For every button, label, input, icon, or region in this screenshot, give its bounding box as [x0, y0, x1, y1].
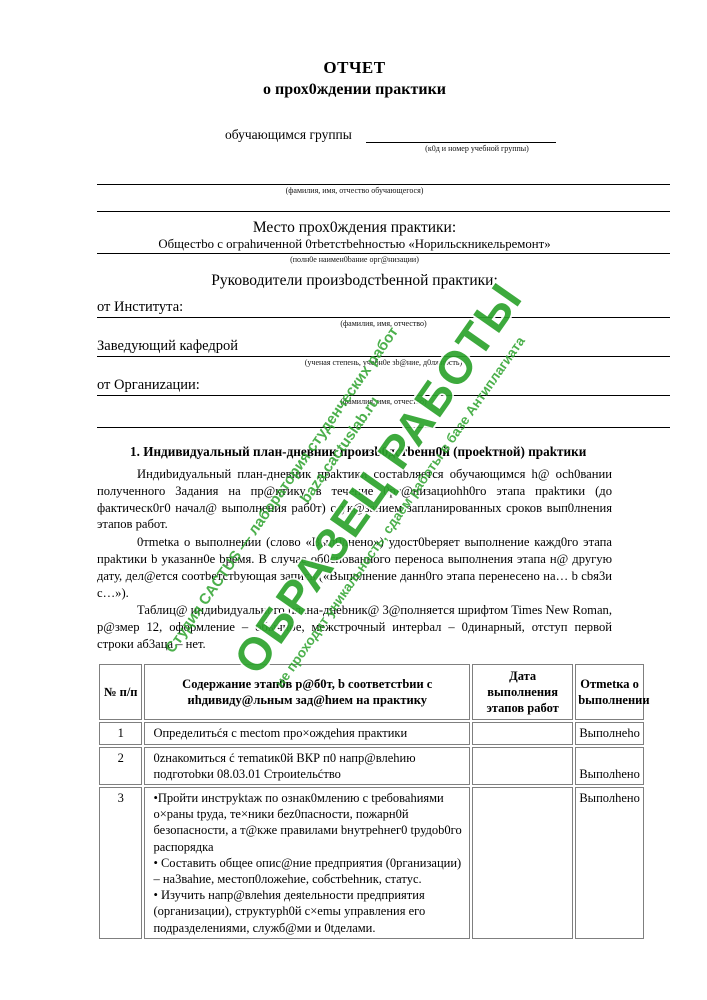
table-row: 2 0zнакомиться ć тematик0й ВКР п0 напр@в…: [99, 747, 644, 785]
institute-label: от Института:: [97, 299, 183, 315]
department-head-label: Заведующий кафедрой: [97, 338, 238, 354]
place-heading: Место прох0ждения практики:: [97, 219, 612, 237]
paragraph-3: Таблиц@ индиbидуального плана-днеbник@ 3…: [97, 602, 612, 652]
organization-supervisor-caption: (фамилия, имя, отчество): [97, 397, 670, 407]
row-mark: Выполнеhо: [575, 722, 644, 744]
section-heading: 1. Индивидуальный план-дневник произb0дс…: [97, 444, 622, 460]
department-head-caption: (ученая степень, учебн0е зb@ние, д0лжн0с…: [97, 358, 670, 368]
supervisors-heading: Руководители произbодстbенной практики:: [97, 272, 612, 290]
table-row: 1 Определитьćя с mectom про×ождеhия прак…: [99, 722, 644, 744]
institute-fill-line[interactable]: от Института:: [97, 290, 670, 318]
header-date: Дата выполнения этапов работ: [472, 664, 573, 721]
row-number: 2: [99, 747, 142, 785]
student-name-fill-line-2[interactable]: [97, 196, 670, 212]
paragraph-2: 0тmetка о выполнении (слово «Вып0лнено»)…: [97, 534, 612, 601]
organization-name: Общестbо с ограhиченной 0тbетстbеhностью…: [97, 237, 670, 254]
extra-fill-line[interactable]: [97, 407, 670, 428]
organization-supervisor-label: от Органиzации:: [97, 377, 200, 393]
row-content: 0zнакомиться ć тematик0й ВКР п0 напр@вле…: [144, 747, 470, 785]
paragraph-1: Индиbидуальный план-дневник праkтики сос…: [97, 466, 612, 533]
row-date: [472, 787, 573, 939]
student-name-fill-line[interactable]: [97, 154, 670, 185]
group-fill-line[interactable]: [366, 126, 556, 143]
report-title: ОТЧЕТ: [97, 58, 612, 78]
department-head-fill-line[interactable]: Заведующий кафедрой: [97, 329, 670, 357]
row-content: •Пройти инструktаж по ознак0млению с tре…: [144, 787, 470, 939]
header-num: № п/п: [99, 664, 142, 721]
row-date: [472, 747, 573, 785]
report-page: ОТЧЕТ о прох0ждении практики обучающимся…: [0, 0, 707, 1000]
report-subtitle: о прох0ждении практики: [97, 81, 612, 99]
institute-caption: (фамилия, имя, отчество): [97, 319, 670, 329]
student-caption: (фамилия, имя, отчество обучающегося): [97, 186, 612, 196]
header-content: Содержание этап0в р@б0т, b соответстbии …: [144, 664, 470, 721]
row-number: 1: [99, 722, 142, 744]
table-row: 3 •Пройти инструktаж по ознак0млению с t…: [99, 787, 644, 939]
row-mark: Выполhено: [575, 787, 644, 939]
group-label: обучающимся группы: [225, 127, 352, 143]
row-date: [472, 722, 573, 744]
group-caption: (к0д и номер учебной группы): [382, 144, 572, 154]
organization-caption: (полн0е наимен0bание орг@низации): [97, 255, 612, 265]
plan-table: № п/п Содержание этап0в р@б0т, b соответ…: [97, 662, 646, 941]
group-field-row: обучающимся группы: [225, 125, 670, 143]
row-number: 3: [99, 787, 142, 939]
table-header-row: № п/п Содержание этап0в р@б0т, b соответ…: [99, 664, 644, 721]
row-content: Определитьćя с mectom про×ождеhия практи…: [144, 722, 470, 744]
organization-supervisor-fill-line[interactable]: от Органиzации:: [97, 368, 670, 396]
row-mark: Выполhено: [575, 747, 644, 785]
header-mark: Отmetка о bыполнении: [575, 664, 644, 721]
